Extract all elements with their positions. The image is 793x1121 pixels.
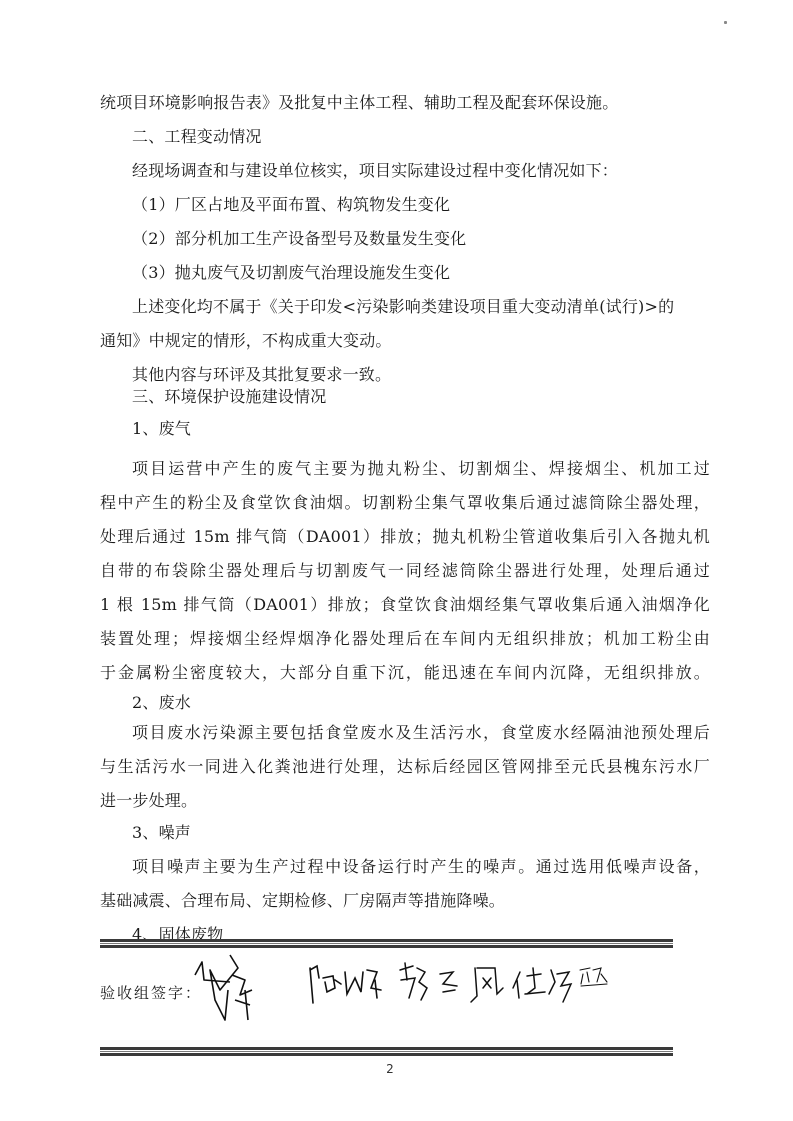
text-line: 项目废水污染源主要包括食堂废水及生活污水，食堂废水经隔油池预处理后 <box>132 722 710 744</box>
text-line: 进一步处理。 <box>100 790 710 812</box>
document-page: 统项目环境影响报告表》及批复中主体工程、辅助工程及配套环保设施。二、工程变动情况… <box>0 0 793 1121</box>
signature-label: 验收组签字： <box>100 982 202 1003</box>
text-line: 装置处理；焊接烟尘经焊烟净化器处理后在车间内无组织排放；机加工粉尘由 <box>100 628 710 650</box>
handwritten-signature-1 <box>190 950 270 1025</box>
text-line: 1 根 15m 排气筒（DA001）排放；食堂饮食油烟经集气罩收集后通入油烟净化 <box>100 594 710 616</box>
signature-top-rule <box>100 939 673 948</box>
text-line: 二、工程变动情况 <box>132 126 710 148</box>
handwritten-signatures-group <box>305 958 685 1013</box>
text-line: 统项目环境影响报告表》及批复中主体工程、辅助工程及配套环保设施。 <box>100 92 710 114</box>
text-line: 三、环境保护设施建设情况 <box>132 386 710 408</box>
text-line: 于金属粉尘密度较大，大部分自重下沉，能迅速在车间内沉降，无组织排放。 <box>100 662 710 684</box>
text-line: 通知》中规定的情形，不构成重大变动。 <box>100 330 710 352</box>
text-line: 处理后通过 15m 排气筒（DA001）排放；抛丸机粉尘管道收集后引入各抛丸机 <box>100 526 710 548</box>
text-line: 经现场调查和与建设单位核实，项目实际建设过程中变化情况如下： <box>132 160 710 182</box>
text-line: 程中产生的粉尘及食堂饮食油烟。切割粉尘集气罩收集后通过滤筒除尘器处理， <box>100 492 710 514</box>
text-line: 2、废水 <box>132 692 710 714</box>
scan-speck <box>724 21 727 24</box>
text-line: 1、废气 <box>132 418 710 440</box>
signature-bottom-rule <box>100 1047 673 1056</box>
text-line: 项目运营中产生的废气主要为抛丸粉尘、切割烟尘、焊接烟尘、机加工过 <box>132 458 710 480</box>
text-line: 3、噪声 <box>132 822 710 844</box>
text-line: 上述变化均不属于《关于印发<污染影响类建设项目重大变动清单(试行)>的 <box>132 296 710 318</box>
text-line: 其他内容与环评及其批复要求一致。 <box>132 364 710 386</box>
text-line: 项目噪声主要为生产过程中设备运行时产生的噪声。通过选用低噪声设备， <box>132 856 710 878</box>
page-number: 2 <box>380 1062 400 1076</box>
text-line: （2）部分机加工生产设备型号及数量发生变化 <box>132 228 710 250</box>
text-line: 基础减震、合理布局、定期检修、厂房隔声等措施降噪。 <box>100 890 710 912</box>
text-line: 自带的布袋除尘器处理后与切割废气一同经滤筒除尘器进行处理，处理后通过 <box>100 560 710 582</box>
text-line: 与生活污水一同进入化粪池进行处理，达标后经园区管网排至元氏县槐东污水厂 <box>100 756 710 778</box>
text-line: （3）抛丸废气及切割废气治理设施发生变化 <box>132 262 710 284</box>
text-line: （1）厂区占地及平面布置、构筑物发生变化 <box>132 194 710 216</box>
